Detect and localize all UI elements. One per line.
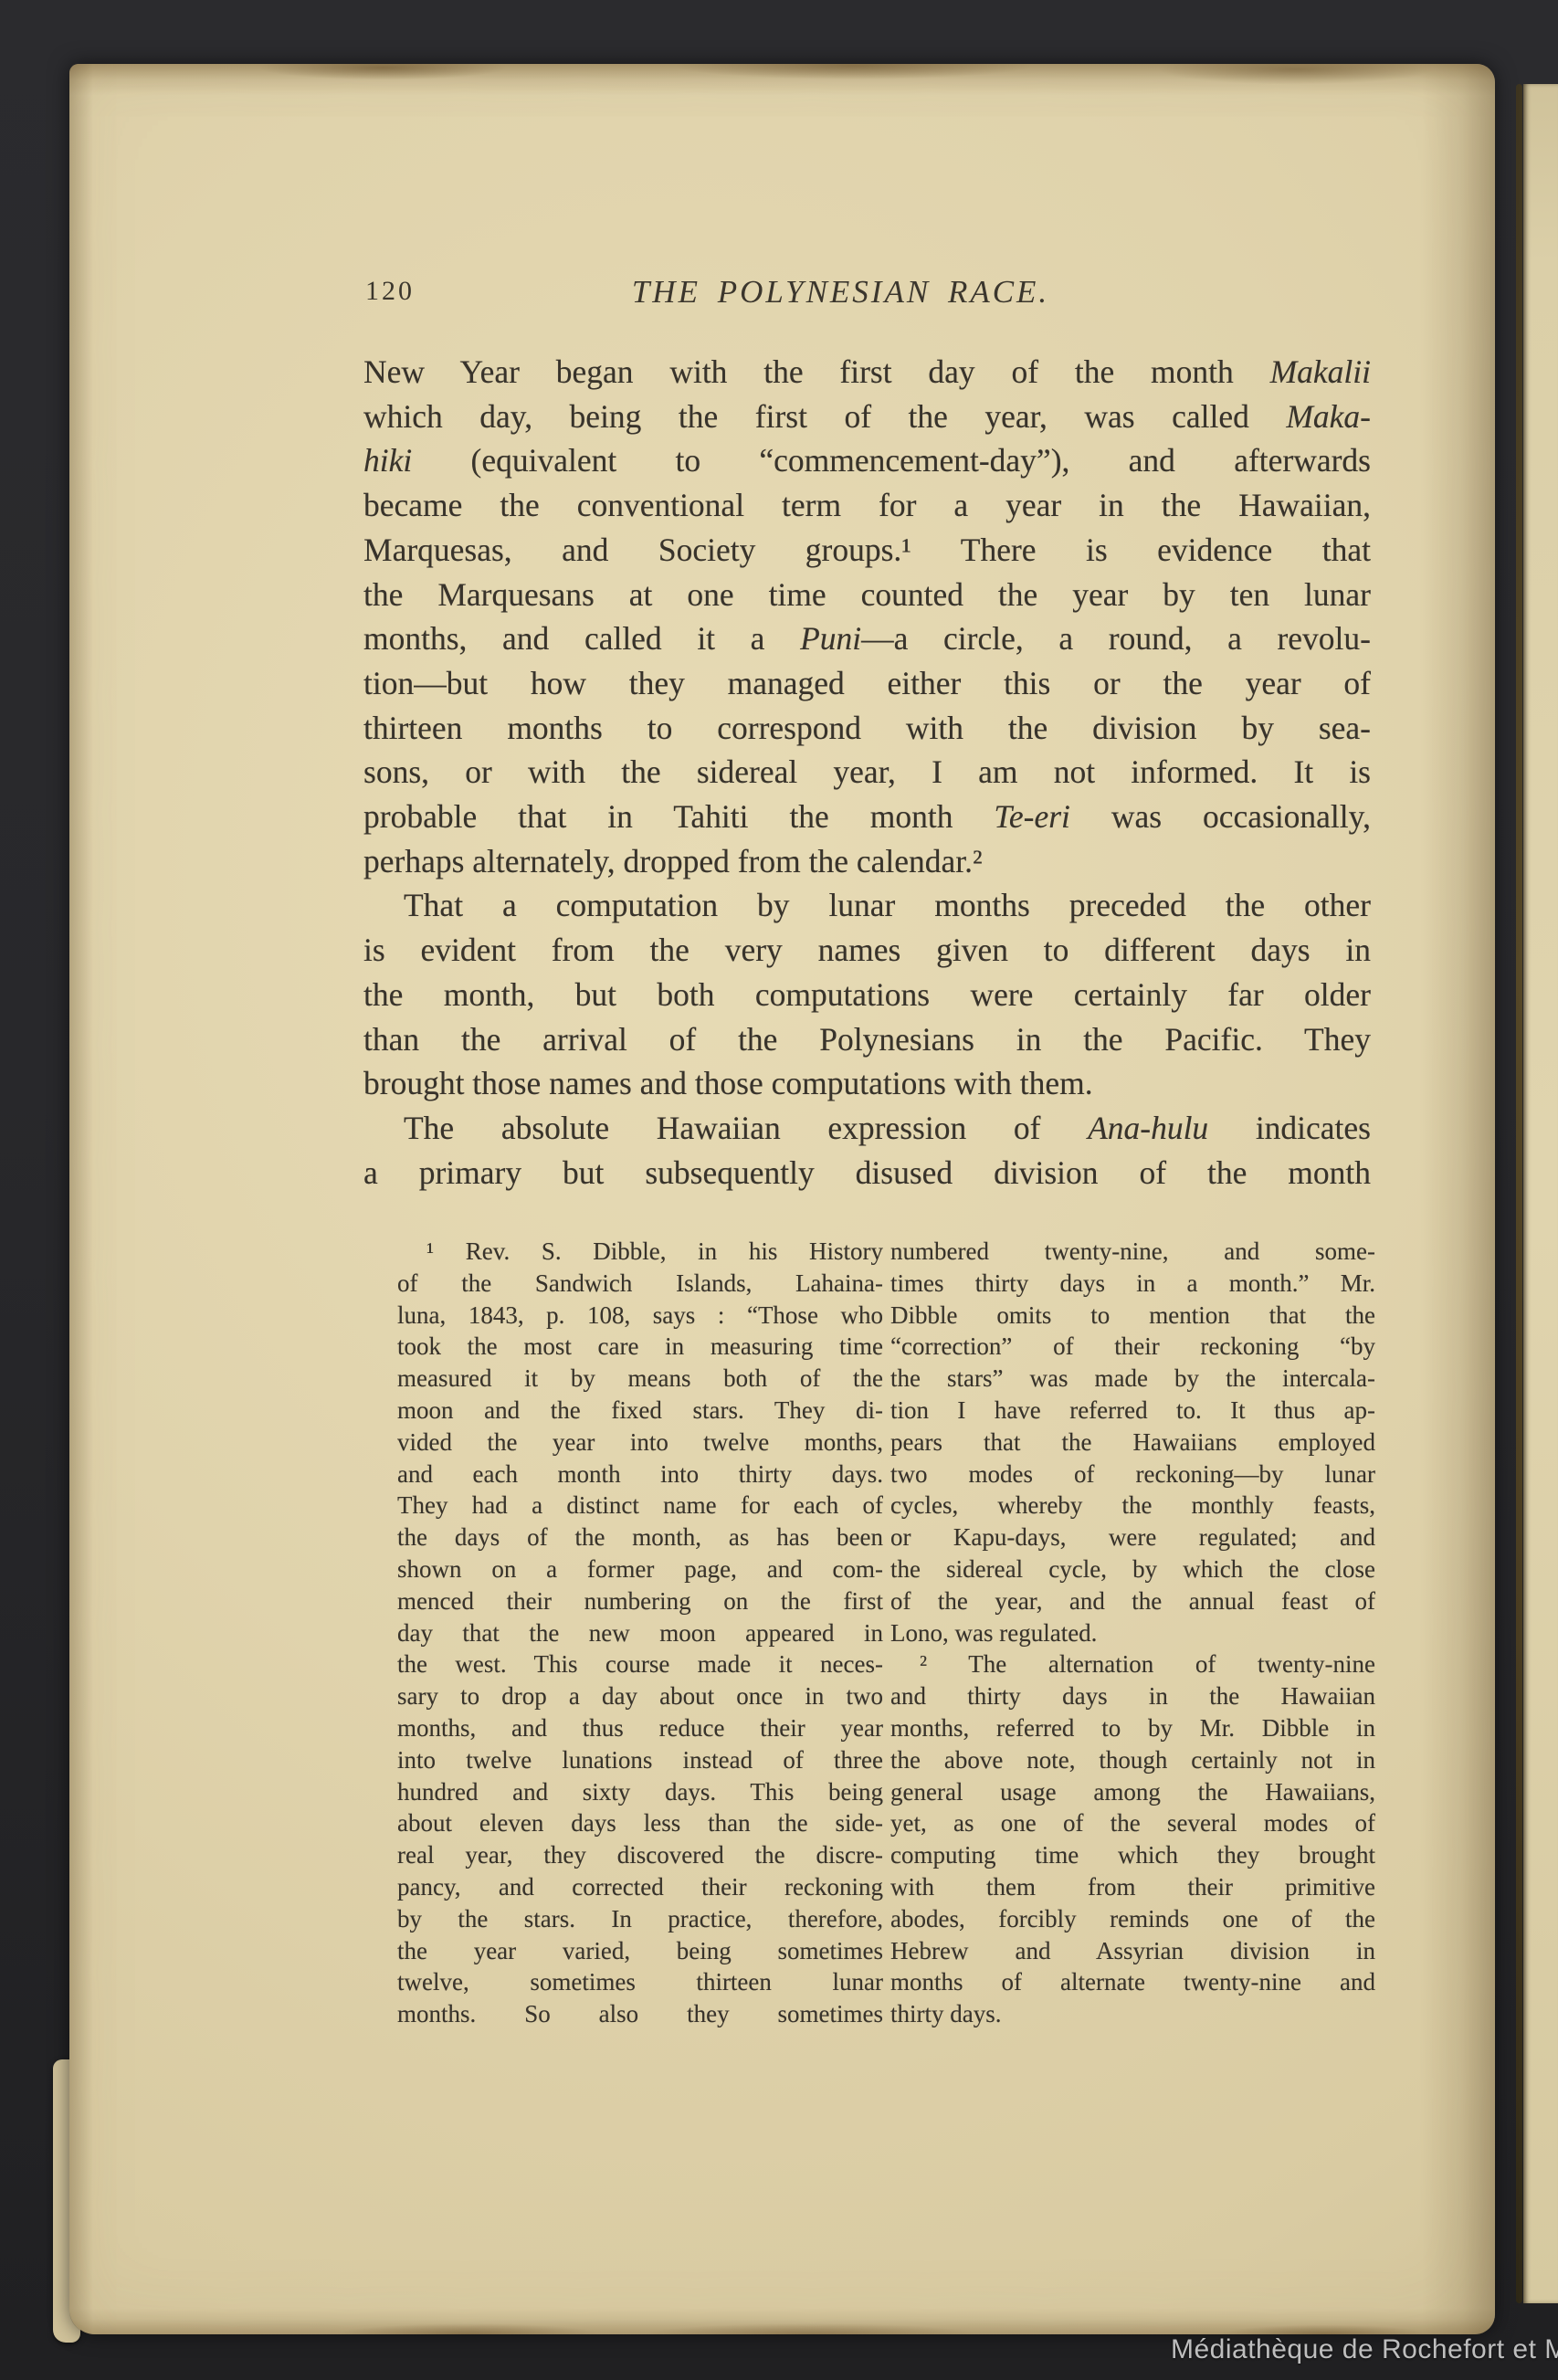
text: the Marquesans at one time counted the y…	[363, 576, 1371, 613]
text-line: by the stars. In practice, therefore,	[397, 1903, 883, 1935]
text: thirty days.	[890, 2000, 1002, 2027]
running-title: THE POLYNESIAN RACE.	[363, 274, 1318, 311]
text-line: New Year began with the first day of the…	[363, 350, 1371, 395]
text: two modes of reckoning—by lunar	[890, 1460, 1375, 1488]
text: took the most care in measuring time	[397, 1332, 883, 1360]
text: months. So also they sometimes	[397, 2000, 883, 2027]
text: thirteen months to correspond with the d…	[363, 710, 1371, 746]
text: pancy, and corrected their reckoning	[397, 1873, 883, 1901]
text-line: with them from their primitive	[890, 1871, 1375, 1903]
text-line: and thirty days in the Hawaiian	[890, 1680, 1375, 1712]
text: the stars” was made by the intercala-	[890, 1364, 1375, 1392]
text: months, referred to by Mr. Dibble in	[890, 1714, 1375, 1742]
text-line: Marquesas, and Society groups.¹ There is…	[363, 528, 1371, 573]
text: the year varied, being sometimes	[397, 1937, 883, 1964]
text: about eleven days less than the side-	[397, 1809, 883, 1837]
text-line: about eleven days less than the side-	[397, 1807, 883, 1839]
text: perhaps alternately, dropped from the ca…	[363, 843, 983, 879]
text: times thirty days in a month.” Mr.	[890, 1269, 1375, 1297]
text-line: abodes, forcibly reminds one of the	[890, 1903, 1375, 1935]
text-line: months, and called it a Puni—a circle, a…	[363, 616, 1371, 661]
text-line: months, and thus reduce their year	[397, 1712, 883, 1744]
text-line: luna, 1843, p. 108, says : “Those who	[397, 1300, 883, 1332]
text: and each month into thirty days.	[397, 1460, 883, 1488]
text: which day, being the first of the year, …	[363, 398, 1286, 435]
text: New Year began with the first day of the…	[363, 353, 1270, 390]
page-number: 120	[365, 276, 415, 307]
text-line: the sidereal cycle, by which the close	[890, 1553, 1375, 1585]
text: general usage among the Hawaiians,	[890, 1778, 1375, 1806]
text-line: tion I have referred to. It thus ap-	[890, 1395, 1375, 1427]
text: the west. This course made it neces-	[397, 1650, 883, 1678]
text: abodes, forcibly reminds one of the	[890, 1905, 1375, 1932]
text-line: Dibble omits to mention that the	[890, 1300, 1375, 1332]
text: vided the year into twelve months,	[397, 1428, 883, 1456]
text-line: or Kapu-days, were regulated; and	[890, 1522, 1375, 1553]
text-line: probable that in Tahiti the month Te-eri…	[363, 795, 1371, 839]
text: (equivalent to “commencement-day”), and …	[412, 442, 1371, 479]
text: day that the new moon appeared in	[397, 1619, 883, 1647]
text-line: of the year, and the annual feast of	[890, 1585, 1375, 1617]
text: months, and called it a	[363, 620, 800, 657]
text: “correction” of their reckoning “by	[890, 1332, 1375, 1360]
text-line: “correction” of their reckoning “by	[890, 1331, 1375, 1363]
text: than the arrival of the Polynesians in t…	[363, 1021, 1371, 1058]
page-right-shading	[1422, 64, 1495, 2334]
text: a primary but subsequently disused divis…	[363, 1154, 1371, 1191]
text: and thirty days in the Hawaiian	[890, 1682, 1375, 1710]
text-line: numbered twenty-nine, and some-	[890, 1236, 1375, 1268]
text-line: than the arrival of the Polynesians in t…	[363, 1017, 1371, 1062]
text-line: into twelve lunations instead of three	[397, 1744, 883, 1776]
text: months of alternate twenty-nine and	[890, 1968, 1375, 1996]
text-line: twelve, sometimes thirteen lunar	[397, 1966, 883, 1998]
text-line: measured it by means both of the	[397, 1363, 883, 1395]
text-line: the year varied, being sometimes	[397, 1935, 883, 1967]
text-line: sons, or with the sidereal year, I am no…	[363, 750, 1371, 795]
text-line: thirty days.	[890, 1998, 1375, 2030]
text-line: They had a distinct name for each of	[397, 1490, 883, 1522]
text: or Kapu-days, were regulated; and	[890, 1523, 1375, 1551]
text-line: That a computation by lunar months prece…	[363, 883, 1371, 928]
text: was occasionally,	[1070, 798, 1371, 835]
text-line: thirteen months to correspond with the d…	[363, 706, 1371, 751]
text: tion I have referred to. It thus ap-	[890, 1396, 1375, 1424]
library-watermark: Médiathèque de Rochefort et MAP	[1171, 2334, 1554, 2365]
text: That a computation by lunar months prece…	[404, 887, 1371, 923]
text: luna, 1843, p. 108, says : “Those who	[397, 1301, 883, 1329]
text-line: months, referred to by Mr. Dibble in	[890, 1712, 1375, 1744]
text: yet, as one of the several modes of	[890, 1809, 1375, 1837]
text-line: which day, being the first of the year, …	[363, 395, 1371, 439]
text-line: ¹ Rev. S. Dibble, in his History	[397, 1236, 883, 1268]
text-line: shown on a former page, and com-	[397, 1553, 883, 1585]
footnote-column-right: numbered twenty-nine, and some-times thi…	[890, 1236, 1375, 2030]
page-left-shading	[69, 64, 93, 2334]
book-gutter-crease	[1516, 84, 1522, 2303]
text-line: became the conventional term for a year …	[363, 483, 1371, 528]
text: measured it by means both of the	[397, 1364, 883, 1392]
text-line: general usage among the Hawaiians,	[890, 1776, 1375, 1808]
text: is evident from the very names given to …	[363, 932, 1371, 968]
text-line: a primary but subsequently disused divis…	[363, 1151, 1371, 1195]
text: twelve, sometimes thirteen lunar	[397, 1968, 883, 1996]
text: the month, but both computations were ce…	[363, 976, 1371, 1013]
text-line: is evident from the very names given to …	[363, 928, 1371, 973]
text: hundred and sixty days. This being	[397, 1778, 883, 1806]
text-line: the Marquesans at one time counted the y…	[363, 573, 1371, 617]
text: the days of the month, as has been	[397, 1523, 883, 1551]
text-line: two modes of reckoning—by lunar	[890, 1459, 1375, 1490]
text-line: The absolute Hawaiian expression of Ana-…	[363, 1106, 1371, 1151]
text: The absolute Hawaiian expression of	[404, 1110, 1088, 1146]
text: pears that the Hawaiians employed	[890, 1428, 1375, 1456]
text-line: months. So also they sometimes	[397, 1998, 883, 2030]
italic-text: Ana-hulu	[1088, 1110, 1208, 1146]
italic-text: hiki	[363, 442, 412, 479]
italic-text: Makalii	[1270, 353, 1371, 390]
text: by the stars. In practice, therefore,	[397, 1905, 883, 1932]
text-line: the days of the month, as has been	[397, 1522, 883, 1553]
body-paragraph: New Year began with the first day of the…	[363, 350, 1371, 883]
text-line: took the most care in measuring time	[397, 1331, 883, 1363]
text: Hebrew and Assyrian division in	[890, 1937, 1375, 1964]
text: Lono, was regulated.	[890, 1619, 1097, 1647]
scanned-page-view: THE POLYNESIAN RACE. 120 New Year began …	[0, 0, 1558, 2380]
body-paragraph: The absolute Hawaiian expression of Ana-…	[363, 1106, 1371, 1195]
text-line: perhaps alternately, dropped from the ca…	[363, 839, 1371, 884]
text-line: times thirty days in a month.” Mr.	[890, 1268, 1375, 1300]
text: ² The alternation of twenty-nine	[920, 1650, 1375, 1678]
text: Marquesas, and Society groups.¹ There is…	[363, 532, 1371, 568]
text-line: day that the new moon appeared in	[397, 1617, 883, 1649]
italic-text: Te-eri	[994, 798, 1070, 835]
text-line: pears that the Hawaiians employed	[890, 1427, 1375, 1459]
text: computing time which they brought	[890, 1841, 1375, 1869]
footnote-column-left: ¹ Rev. S. Dibble, in his Historyof the S…	[397, 1236, 883, 2030]
text: the above note, though certainly not in	[890, 1746, 1375, 1774]
text: They had a distinct name for each of	[397, 1491, 883, 1519]
text-line: and each month into thirty days.	[397, 1459, 883, 1490]
text: menced their numbering on the first	[397, 1587, 883, 1615]
text: probable that in Tahiti the month	[363, 798, 994, 835]
text: sons, or with the sidereal year, I am no…	[363, 753, 1371, 790]
page-header: THE POLYNESIAN RACE. 120	[363, 274, 1371, 311]
text: real year, they discovered the discre-	[397, 1841, 883, 1869]
body-text: New Year began with the first day of the…	[363, 350, 1371, 1195]
text: moon and the fixed stars. They di-	[397, 1396, 883, 1424]
italic-text: Puni	[800, 620, 861, 657]
text: sary to drop a day about once in two	[397, 1682, 883, 1710]
text: ¹ Rev. S. Dibble, in his History	[426, 1237, 883, 1265]
text-line: ² The alternation of twenty-nine	[890, 1648, 1375, 1680]
text-line: Lono, was regulated.	[890, 1617, 1375, 1649]
text: tion—but how they managed either this or…	[363, 665, 1371, 701]
text-line: brought those names and those computatio…	[363, 1061, 1371, 1106]
text: shown on a former page, and com-	[397, 1555, 883, 1583]
text: of the Sandwich Islands, Lahaina-	[397, 1269, 883, 1297]
text-line: the month, but both computations were ce…	[363, 973, 1371, 1017]
text-line: Hebrew and Assyrian division in	[890, 1935, 1375, 1967]
text-line: the west. This course made it neces-	[397, 1648, 883, 1680]
text-line: tion—but how they managed either this or…	[363, 661, 1371, 706]
page-bottom-deckle-edge	[69, 2309, 1495, 2334]
text-line: cycles, whereby the monthly feasts,	[890, 1490, 1375, 1522]
text-line: the stars” was made by the intercala-	[890, 1363, 1375, 1395]
text-line: of the Sandwich Islands, Lahaina-	[397, 1268, 883, 1300]
text-line: real year, they discovered the discre-	[397, 1839, 883, 1871]
text: of the year, and the annual feast of	[890, 1587, 1375, 1615]
text: months, and thus reduce their year	[397, 1714, 883, 1742]
text: cycles, whereby the monthly feasts,	[890, 1491, 1375, 1519]
italic-text: Maka-	[1286, 398, 1371, 435]
text-line: sary to drop a day about once in two	[397, 1680, 883, 1712]
adjacent-page-edge	[1523, 84, 1558, 2303]
text: —a circle, a round, a revolu-	[861, 620, 1371, 657]
text: indicates	[1208, 1110, 1371, 1146]
text-line: months of alternate twenty-nine and	[890, 1966, 1375, 1998]
page-top-deckle-edge	[69, 64, 1495, 95]
text-line: computing time which they brought	[890, 1839, 1375, 1871]
text-line: hiki (equivalent to “commencement-day”),…	[363, 438, 1371, 483]
text-line: vided the year into twelve months,	[397, 1427, 883, 1459]
text: the sidereal cycle, by which the close	[890, 1555, 1375, 1583]
text: Dibble omits to mention that the	[890, 1301, 1375, 1329]
body-paragraph: That a computation by lunar months prece…	[363, 883, 1371, 1106]
text: numbered twenty-nine, and some-	[890, 1237, 1375, 1265]
text: with them from their primitive	[890, 1873, 1375, 1901]
text-line: moon and the fixed stars. They di-	[397, 1395, 883, 1427]
text-line: yet, as one of the several modes of	[890, 1807, 1375, 1839]
text: became the conventional term for a year …	[363, 487, 1371, 523]
text: brought those names and those computatio…	[363, 1065, 1093, 1101]
text-line: pancy, and corrected their reckoning	[397, 1871, 883, 1903]
text-line: menced their numbering on the first	[397, 1585, 883, 1617]
text-line: hundred and sixty days. This being	[397, 1776, 883, 1808]
text: into twelve lunations instead of three	[397, 1746, 883, 1774]
text-line: the above note, though certainly not in	[890, 1744, 1375, 1776]
